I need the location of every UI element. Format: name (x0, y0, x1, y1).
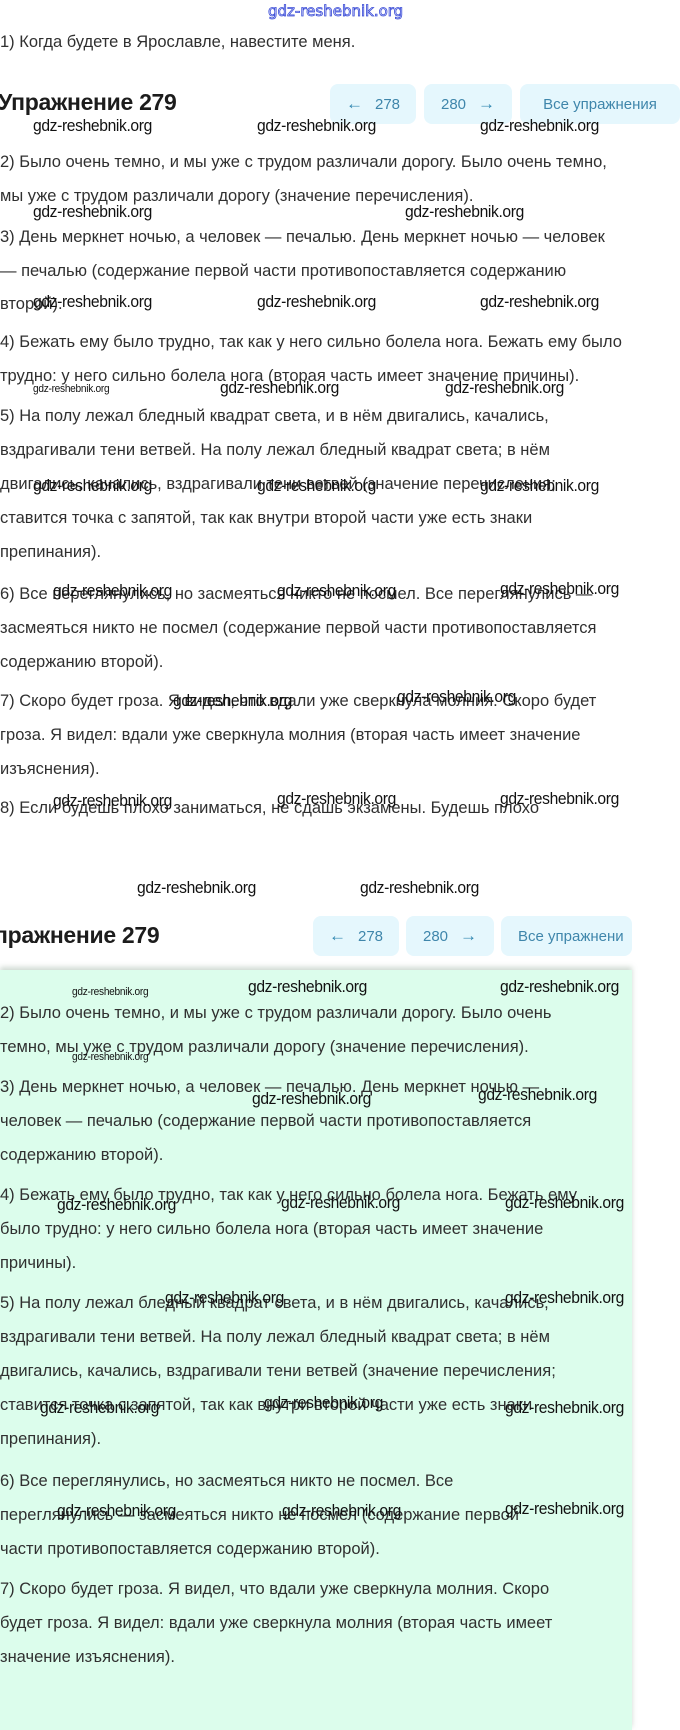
answer-line: 4) Бежать ему было трудно, так как у нег… (0, 324, 622, 360)
watermark-text: gdz-reshebnik.org (257, 476, 376, 496)
answer-line: изъяснения). (0, 751, 100, 787)
answer-line: 7) Скоро будет гроза. Я видел, что вдали… (0, 1571, 549, 1607)
watermark-text: gdz-reshebnik.org (480, 292, 599, 312)
answer-line: содержанию второй). (0, 1137, 163, 1173)
watermark-text: gdz-reshebnik.org (505, 1499, 624, 1519)
prev-exercise-label: 278 (358, 928, 383, 945)
watermark-text: gdz-reshebnik.org (500, 579, 619, 599)
next-exercise-button-2[interactable]: 280 → (406, 916, 494, 956)
prev-exercise-label: 278 (375, 96, 400, 113)
watermark-text: gdz-reshebnik.org (33, 292, 152, 312)
answer-line: 2) Было очень темно, и мы уже с трудом р… (0, 995, 551, 1031)
watermark-text: gdz-reshebnik.org (360, 878, 479, 898)
answer-line: значение изъяснения). (0, 1639, 175, 1675)
answer-line: препинания). (0, 1421, 101, 1457)
arrow-left-icon: ← (329, 926, 346, 946)
answer-line: 6) Все переглянулись, но засмеяться никт… (0, 1463, 453, 1499)
watermark-text: gdz-reshebnik.org (500, 977, 619, 997)
arrow-left-icon: ← (346, 94, 363, 114)
watermark-text: gdz-reshebnik.org (220, 378, 339, 398)
watermark-text: gdz-reshebnik.org (277, 789, 396, 809)
watermark-text: gdz-reshebnik.org (53, 581, 172, 601)
all-exercises-label: Все упражнени (518, 928, 624, 945)
watermark-text: gdz-reshebnik.org (33, 383, 109, 395)
answer-line: 3) День меркнет ночью, а человек — печал… (0, 219, 605, 255)
watermark-text: gdz-reshebnik.org (53, 791, 172, 811)
answer-line: — печалью (содержание первой части проти… (0, 253, 566, 289)
watermark-text: gdz-reshebnik.org (480, 116, 599, 136)
watermark-text: gdz-reshebnik.org (505, 1398, 624, 1418)
watermark-text: gdz-reshebnik.org (57, 1501, 176, 1521)
watermark-text: gdz-reshebnik.org (252, 1089, 371, 1109)
watermark-text: gdz-reshebnik.org (405, 202, 524, 222)
watermark-text: gdz-reshebnik.org (478, 1085, 597, 1105)
watermark-text: gdz-reshebnik.org (257, 116, 376, 136)
watermark-text: gdz-reshebnik.org (397, 687, 516, 707)
arrow-right-icon: → (460, 926, 477, 946)
watermark-text: gdz-reshebnik.org (264, 1393, 383, 1413)
all-exercises-label: Все упражнения (543, 96, 657, 113)
page-title: Упражнение 279 (0, 89, 177, 116)
answer-line: двигались, качались, вздрагивали тени ве… (0, 1353, 556, 1389)
watermark-text: gdz-reshebnik.org (281, 1193, 400, 1213)
page-title-sticky: пражнение 279 (0, 922, 159, 949)
answer-line: гроза. Я видел: вдали уже сверкнула молн… (0, 717, 580, 753)
watermark-text: gdz-reshebnik.org (500, 789, 619, 809)
watermark-text: gdz-reshebnik.org (33, 202, 152, 222)
answer-line: причины). (0, 1245, 76, 1281)
answer-line: будет гроза. Я видел: вдали уже сверкнул… (0, 1605, 552, 1641)
answer-line: содержанию второй). (0, 644, 163, 680)
watermark-text: gdz-reshebnik.org (505, 1288, 624, 1308)
watermark-text: gdz-reshebnik.org (72, 1051, 148, 1063)
watermark-text: gdz-reshebnik.org (505, 1193, 624, 1213)
answer-line: ставится точка с запятой, так как внутри… (0, 500, 532, 536)
watermark-text: gdz-reshebnik.org (137, 878, 256, 898)
answer-line: было трудно: у него сильно болела нога (… (0, 1211, 543, 1247)
watermark-text: gdz-reshebnik.org (248, 977, 367, 997)
watermark-text: gdz-reshebnik.org (33, 476, 152, 496)
next-exercise-label: 280 (423, 928, 448, 945)
prev-exercise-button-2[interactable]: ← 278 (313, 916, 399, 956)
watermark-text: gdz-reshebnik.org (33, 116, 152, 136)
all-exercises-button-2[interactable]: Все упражнени (501, 916, 632, 956)
watermark-text: gdz-reshebnik.org (277, 581, 396, 601)
watermark-text: gdz-reshebnik.org (282, 1501, 401, 1521)
arrow-right-icon: → (478, 94, 495, 114)
watermark-text: gdz-reshebnik.org (480, 476, 599, 496)
next-exercise-label: 280 (441, 96, 466, 113)
previous-answer-line: 1) Когда будете в Ярославле, навестите м… (0, 24, 355, 60)
watermark-text: gdz-reshebnik.org (445, 378, 564, 398)
answer-line: 2) Было очень темно, и мы уже с трудом р… (0, 144, 607, 180)
answer-line: 5) На полу лежал бледный квадрат света, … (0, 398, 549, 434)
site-watermark-link[interactable]: gdz-reshebnik.org (268, 2, 403, 20)
watermark-text: gdz-reshebnik.org (257, 292, 376, 312)
watermark-text: gdz-reshebnik.org (173, 691, 292, 711)
watermark-text: gdz-reshebnik.org (165, 1288, 284, 1308)
answer-line: вздрагивали тени ветвей. На полу лежал б… (0, 1319, 550, 1355)
answer-line: препинания). (0, 534, 101, 570)
answer-line: засмеяться никто не посмел (содержание п… (0, 610, 596, 646)
watermark-text: gdz-reshebnik.org (57, 1195, 176, 1215)
watermark-text: gdz-reshebnik.org (72, 986, 148, 998)
answer-line: части противопоставляется содержанию вто… (0, 1531, 380, 1567)
answer-line: вздрагивали тени ветвей. На полу лежал б… (0, 432, 550, 468)
watermark-text: gdz-reshebnik.org (40, 1398, 159, 1418)
